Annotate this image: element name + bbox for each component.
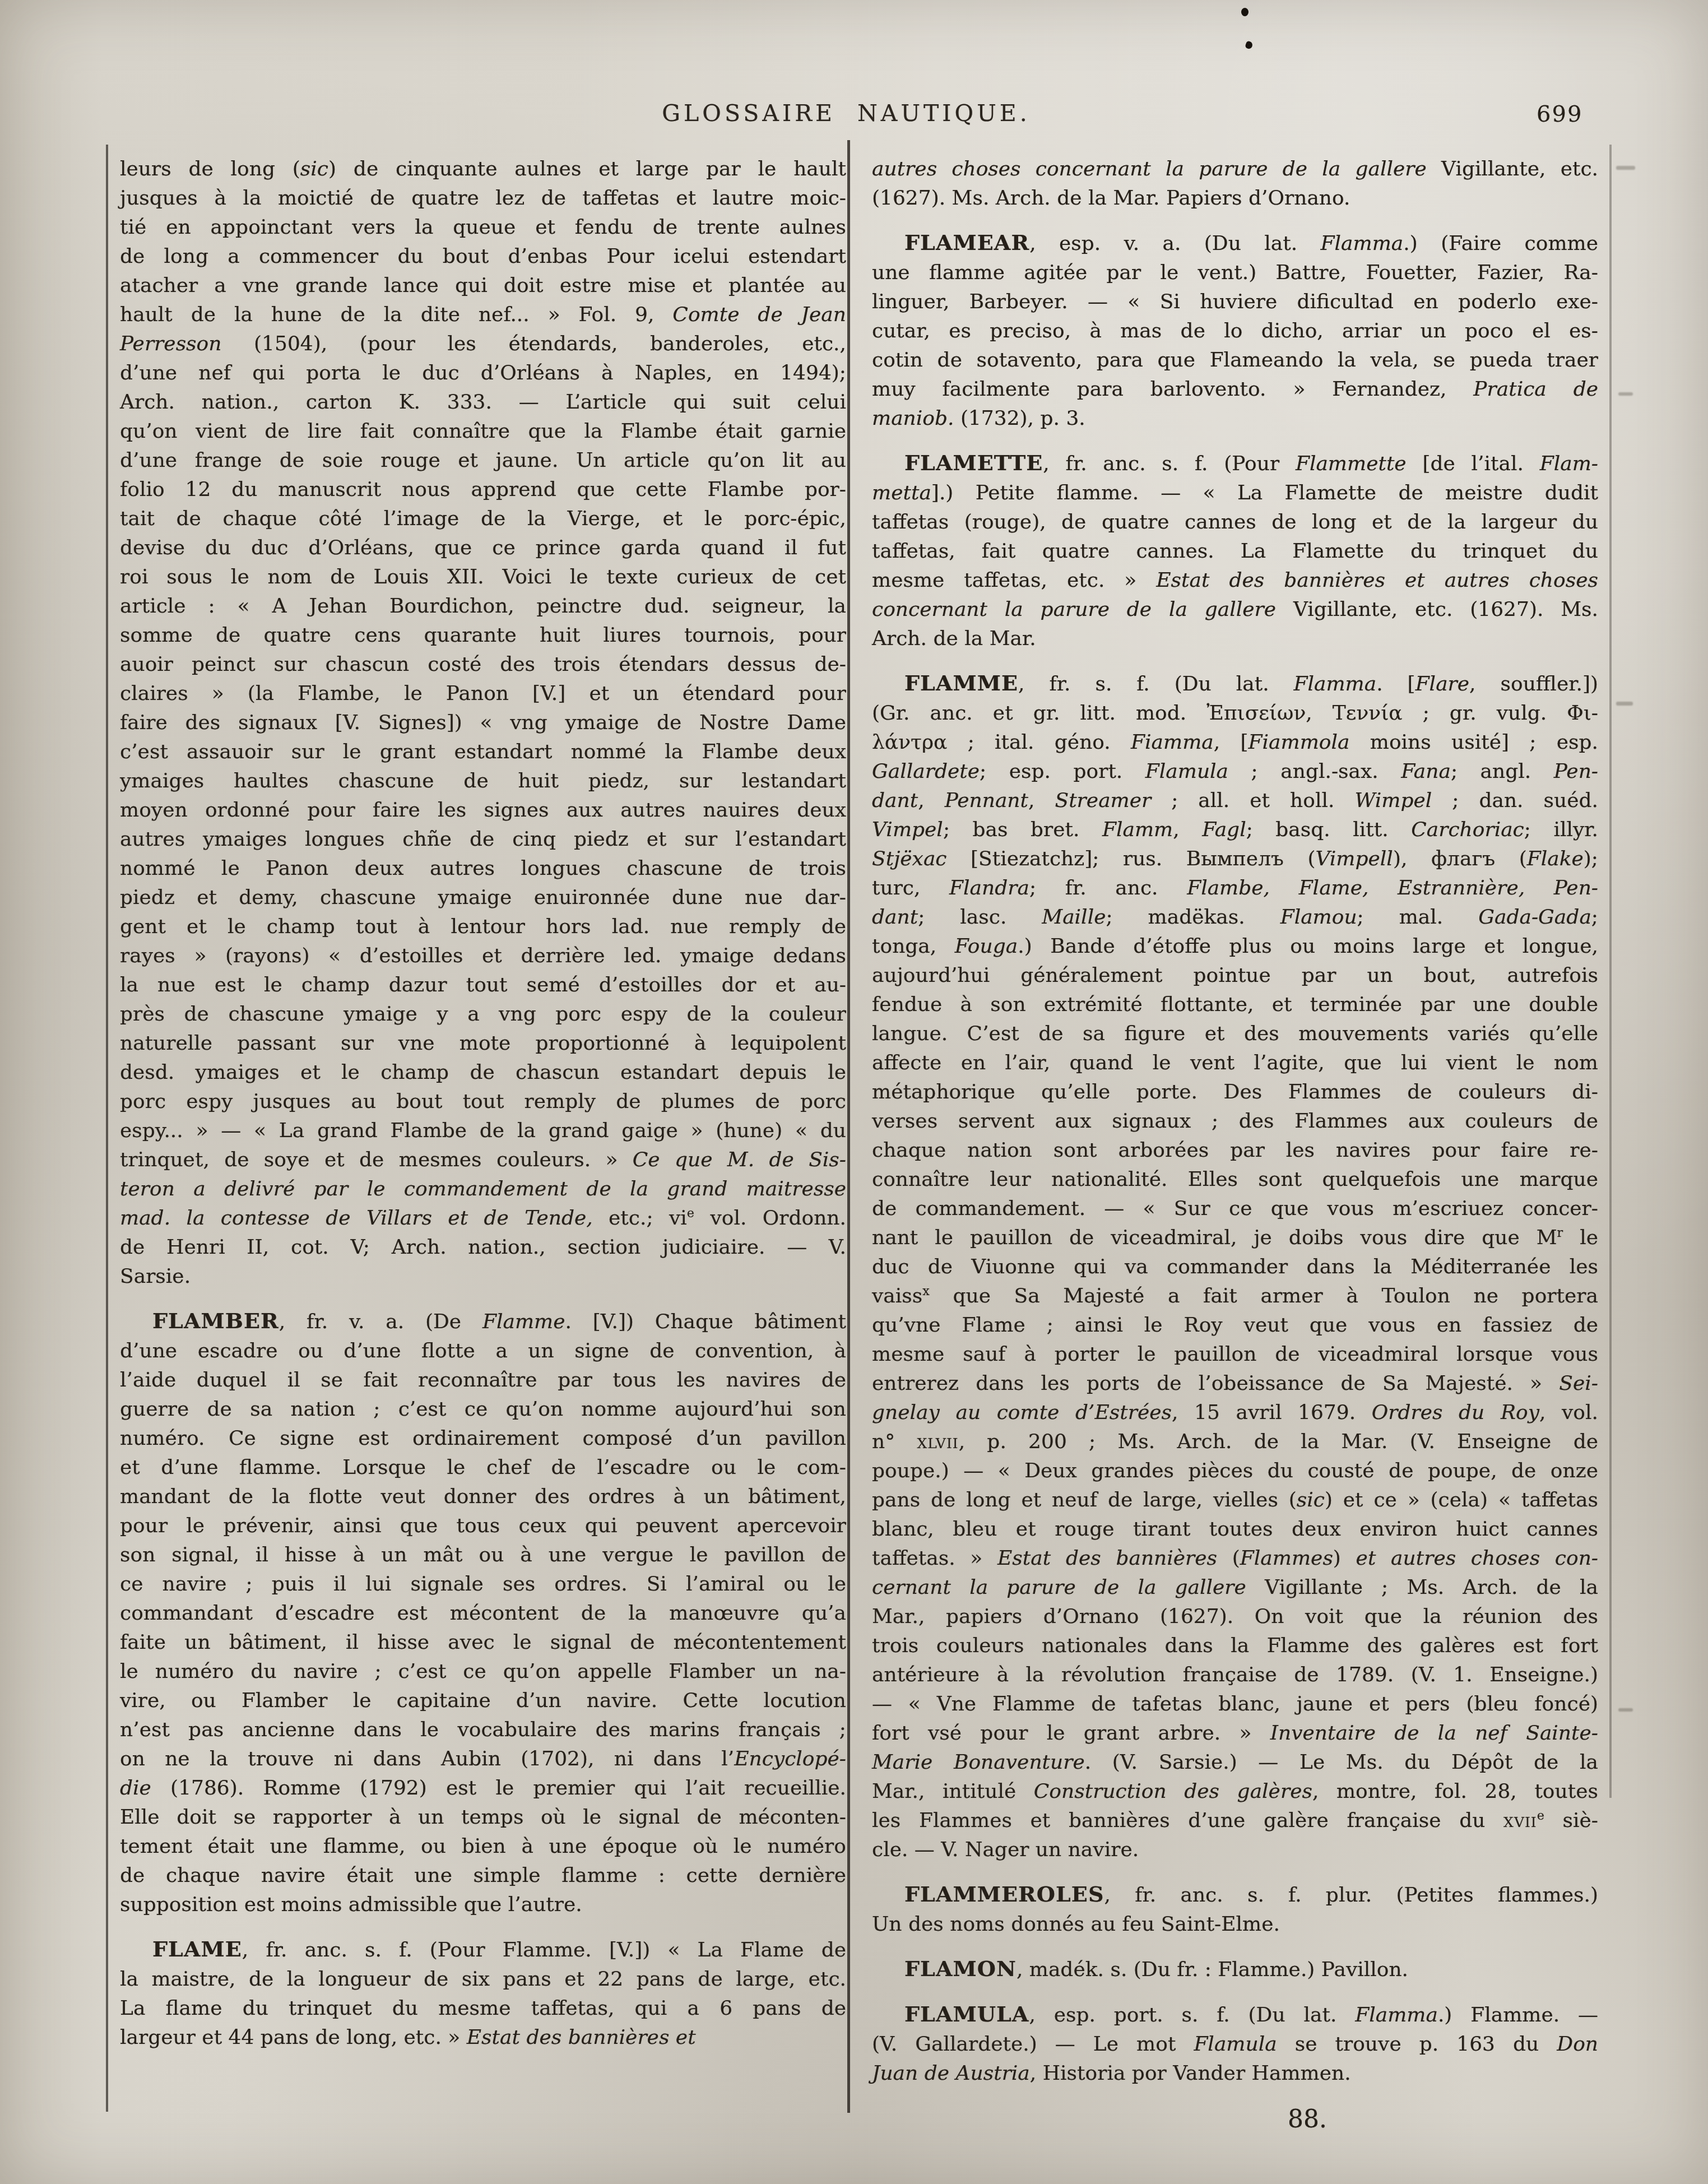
text-line: muy facilmente para barlovento. » Fernan… <box>872 375 1598 404</box>
text-line: n’est pas ancienne dans le vocabulaire d… <box>120 1715 846 1745</box>
text-line: dant; lasc. Maille; madëkas. Flamou; mal… <box>872 903 1598 932</box>
text-line: on ne la trouve ni dans Aubin (1702), ni… <box>120 1745 846 1774</box>
text-line: taffetas (rouge), de quatre cannes de lo… <box>872 508 1598 537</box>
paragraph: autres choses concernant la parure de la… <box>872 155 1598 213</box>
text-line: Marie Bonaventure. (V. Sarsie.) — Le Ms.… <box>872 1748 1598 1777</box>
column-divider-rule <box>847 140 850 2113</box>
text-line: tié en appoinctant vers la queue et fend… <box>120 213 846 242</box>
text-line: vire, ou Flamber le capitaine d’un navir… <box>120 1686 846 1715</box>
text-line: moyen ordonné pour faire les signes aux … <box>120 796 846 825</box>
text-line: fendue à son extrémité flottante, et ter… <box>872 990 1598 1019</box>
text-line: taffetas, fait quatre cannes. La Flamett… <box>872 537 1598 566</box>
text-line: faite un bâtiment, il hisse avec le sign… <box>120 1628 846 1657</box>
margin-smudge <box>1618 392 1633 396</box>
text-line: Mar., papiers d’Ornano (1627). On voit q… <box>872 1602 1598 1631</box>
text-line: atacher a vne grande lance qui doit estr… <box>120 271 846 300</box>
margin-smudge <box>1616 702 1633 706</box>
text-line: mad. la contesse de Villars et de Tende,… <box>120 1204 846 1233</box>
text-line: tait de chaque côté l’image de la Vierge… <box>120 504 846 534</box>
text-line: largeur et 44 pans de long, etc. » Estat… <box>120 2023 846 2052</box>
text-line: de chaque navire était une simple flamme… <box>120 1861 846 1890</box>
text-line: jusques à la moictié de quatre lez de ta… <box>120 184 846 213</box>
scanned-book-page: GLOSSAIRE NAUTIQUE. 699 leurs de long (s… <box>0 0 1708 2184</box>
text-line: somme de quatre cens quarante huit liure… <box>120 621 846 650</box>
text-line: affecte en l’air, quand le vent l’agite,… <box>872 1049 1598 1078</box>
text-line: desd. ymaiges et le champ de chascun est… <box>120 1058 846 1087</box>
text-line: Un des noms donnés au feu Saint-Elme. <box>872 1910 1598 1939</box>
paragraph: FLAME, fr. anc. s. f. (Pour Flamme. [V.]… <box>120 1935 846 2052</box>
text-line: antérieure à la révolution française de … <box>872 1661 1598 1690</box>
text-line: autres ymaiges longues chñe de cinq pied… <box>120 825 846 854</box>
text-line: die (1786). Romme (1792) est le premier … <box>120 1774 846 1803</box>
ink-spot <box>1241 8 1248 16</box>
text-line: vaissx que Sa Majesté a fait armer à Tou… <box>872 1282 1598 1311</box>
text-line: nommé le Panon deux autres longues chasc… <box>120 854 846 883</box>
text-line: folio 12 du manuscrit nous apprend que c… <box>120 475 846 504</box>
text-line: Arch. de la Mar. <box>872 624 1598 653</box>
text-line: mandant de la flotte veut donner des ord… <box>120 1482 846 1511</box>
text-line: faire des signaux [V. Signes]) « vng yma… <box>120 708 846 738</box>
text-line: une flamme agitée par le vent.) Battre, … <box>872 258 1598 288</box>
text-line: la maistre, de la longueur de six pans e… <box>120 1965 846 1994</box>
paragraph: FLAMEAR, esp. v. a. (Du lat. Flamma.) (F… <box>872 228 1598 433</box>
text-line: La flame du trinquet du mesme taffetas, … <box>120 1994 846 2023</box>
text-line: (1627). Ms. Arch. de la Mar. Papiers d’O… <box>872 184 1598 213</box>
left-margin-rule <box>106 145 108 2112</box>
text-line: langue. C’est de sa figure et des mouvem… <box>872 1019 1598 1049</box>
text-line: d’une escadre ou d’une flotte a un signe… <box>120 1337 846 1366</box>
text-line: supposition est moins admissible que l’a… <box>120 1890 846 1919</box>
text-line: son signal, il hisse à un mât ou à une v… <box>120 1541 846 1570</box>
ink-spot <box>1245 40 1254 49</box>
text-line: autres choses concernant la parure de la… <box>872 155 1598 184</box>
text-line: — « Vne Flamme de tafetas blanc, jaune e… <box>872 1690 1598 1719</box>
text-line: cutar, es preciso, à mas de lo dicho, ar… <box>872 317 1598 346</box>
text-line: dant, Pennant, Streamer ; all. et holl. … <box>872 786 1598 815</box>
text-line: blanc, bleu et rouge tirant toutes deux … <box>872 1515 1598 1544</box>
text-line: connaître leur nationalité. Elles sont q… <box>872 1165 1598 1194</box>
text-line: n° xlvii, p. 200 ; Ms. Arch. de la Mar. … <box>872 1427 1598 1457</box>
text-line: espy... » — « La grand Flambe de la gran… <box>120 1116 846 1146</box>
paragraph: FLAMME, fr. s. f. (Du lat. Flamma. [Flar… <box>872 669 1598 1865</box>
text-line: Elle doit se rapporter à un temps où le … <box>120 1803 846 1832</box>
margin-smudge <box>1618 1708 1633 1712</box>
text-line: teron a delivré par le commandement de l… <box>120 1175 846 1204</box>
text-line: tement était une flamme, ou bien à une é… <box>120 1832 846 1861</box>
text-line: gnelay au comte d’Estrées, 15 avril 1679… <box>872 1398 1598 1427</box>
text-line: Stjëxac [Stiezatchz]; rus. Вымпелъ (Vimp… <box>872 845 1598 874</box>
text-line: trinquet, de soye et de mesmes couleurs.… <box>120 1146 846 1175</box>
text-line: qu’on vient de lire fait connaître que l… <box>120 417 846 446</box>
text-line: Sarsie. <box>120 1262 846 1291</box>
text-line: Arch. nation., carton K. 333. — L’articl… <box>120 388 846 417</box>
text-line: (V. Gallardete.) — Le mot Flamula se tro… <box>872 2030 1598 2059</box>
right-text-column: autres choses concernant la parure de la… <box>872 155 1598 2088</box>
text-line: entrerez dans les ports de l’obeissance … <box>872 1369 1598 1398</box>
text-line: FLAMME, fr. s. f. (Du lat. Flamma. [Flar… <box>872 669 1598 699</box>
text-line: nant le pauillon de viceadmiral, je doib… <box>872 1223 1598 1253</box>
text-line: roi sous le nom de Louis XII. Voici le t… <box>120 563 846 592</box>
text-line: metta].) Petite flamme. — « La Flamette … <box>872 479 1598 508</box>
text-line: verses servent aux signaux ; des Flammes… <box>872 1107 1598 1136</box>
text-line: poupe.) — « Deux grandes pièces du coust… <box>872 1457 1598 1486</box>
page-number: 699 <box>1537 100 1582 129</box>
text-line: aujourd’hui généralement pointue par un … <box>872 961 1598 990</box>
text-line: cotin de sotavento, para que Flameando l… <box>872 346 1598 375</box>
text-line: la nue est le champ dazur tout semé d’es… <box>120 971 846 1000</box>
text-line: Vimpel; bas bret. Flamm, Fagl; basq. lit… <box>872 815 1598 845</box>
text-line: Gallardete; esp. port. Flamula ; angl.-s… <box>872 757 1598 786</box>
text-line: mesme taffetas, etc. » Estat des bannièr… <box>872 566 1598 595</box>
text-line: auoir peinct sur chascun costé des trois… <box>120 650 846 679</box>
text-line: turc, Flandra; fr. anc. Flambe, Flame, E… <box>872 874 1598 903</box>
text-line: d’une frange de soie rouge et jaune. Un … <box>120 446 846 475</box>
paragraph: FLAMMEROLES, fr. anc. s. f. plur. (Petit… <box>872 1880 1598 1939</box>
text-line: le numéro du navire ; c’est ce qu’on app… <box>120 1657 846 1686</box>
text-line: près de chascune ymaige y a vng porc esp… <box>120 1000 846 1029</box>
text-line: rayes » (rayons) « d’estoilles et derriè… <box>120 942 846 971</box>
text-line: concernant la parure de la gallere Vigil… <box>872 595 1598 624</box>
text-line: naturelle passant sur vne mote proportio… <box>120 1029 846 1058</box>
left-text-column: leurs de long (sic) de cinquante aulnes … <box>120 155 846 2052</box>
text-line: et d’une flamme. Lorsque le chef de l’es… <box>120 1453 846 1482</box>
text-line: cle. — V. Nager un navire. <box>872 1835 1598 1865</box>
text-line: cernant la parure de la gallere Vigillan… <box>872 1573 1598 1602</box>
text-line: hault de la hune de la dite nef... » Fol… <box>120 300 846 330</box>
text-line: Mar., intitulé Construction des galères,… <box>872 1777 1598 1806</box>
text-line: porc espy jusques au bout tout remply de… <box>120 1087 846 1116</box>
text-line: FLAMETTE, fr. anc. s. f. (Pour Flammette… <box>872 448 1598 479</box>
text-line: FLAMON, madék. s. (Du fr. : Flamme.) Pav… <box>872 1954 1598 1984</box>
text-line: FLAMULA, esp. port. s. f. (Du lat. Flamm… <box>872 2000 1598 2030</box>
text-line: trois couleurs nationales dans la Flamme… <box>872 1631 1598 1661</box>
text-line: métaphorique qu’elle porte. Des Flammes … <box>872 1078 1598 1107</box>
paragraph: FLAMULA, esp. port. s. f. (Du lat. Flamm… <box>872 2000 1598 2088</box>
text-line: ymaiges haultes chascune de huit piedz, … <box>120 767 846 796</box>
text-line: commandant d’escadre est mécontent de la… <box>120 1599 846 1628</box>
text-line: c’est assauoir sur le grant estandart no… <box>120 738 846 767</box>
paragraph: FLAMON, madék. s. (Du fr. : Flamme.) Pav… <box>872 1954 1598 1984</box>
text-line: piedz et demy, chascune ymaige enuironné… <box>120 883 846 912</box>
text-line: l’aide duquel il se fait reconnaître par… <box>120 1366 846 1395</box>
running-header-title: GLOSSAIRE NAUTIQUE. <box>34 99 1659 128</box>
text-line: guerre de sa nation ; c’est ce qu’on nom… <box>120 1395 846 1424</box>
text-line: ce navire ; puis il lui signale ses ordr… <box>120 1570 846 1599</box>
paragraph: FLAMETTE, fr. anc. s. f. (Pour Flammette… <box>872 448 1598 653</box>
text-line: Perresson (1504), (pour les étendards, b… <box>120 330 846 359</box>
text-line: (Gr. anc. et gr. litt. mod. Ἐπισείων, Τε… <box>872 699 1598 728</box>
text-line: numéro. Ce signe est ordinairement compo… <box>120 1424 846 1453</box>
text-line: de Henri II, cot. V; Arch. nation., sect… <box>120 1233 846 1262</box>
text-line: taffetas. » Estat des bannières (Flammes… <box>872 1544 1598 1573</box>
text-line: qu’vne Flame ; ainsi le Roy veut que vou… <box>872 1311 1598 1340</box>
text-line: leurs de long (sic) de cinquante aulnes … <box>120 155 846 184</box>
text-line: de commandement. — « Sur ce que vous m’e… <box>872 1194 1598 1223</box>
text-line: pour le prévenir, ainsi que tous ceux qu… <box>120 1511 846 1541</box>
paragraph: FLAMBER, fr. v. a. (De Flamme. [V.]) Cha… <box>120 1306 846 1919</box>
text-line: FLAMBER, fr. v. a. (De Flamme. [V.]) Cha… <box>120 1306 846 1337</box>
margin-smudge <box>1616 166 1635 170</box>
paragraph: leurs de long (sic) de cinquante aulnes … <box>120 155 846 1291</box>
text-line: d’une nef qui porta le duc d’Orléans à N… <box>120 359 846 388</box>
text-line: linguer, Barbeyer. — « Si huviere dificu… <box>872 288 1598 317</box>
text-line: chaque nation sont arborées par les navi… <box>872 1136 1598 1165</box>
text-line: FLAMEAR, esp. v. a. (Du lat. Flamma.) (F… <box>872 228 1598 258</box>
text-line: Juan de Austria, Historia por Vander Ham… <box>872 2059 1598 2088</box>
text-line: devise du duc d’Orléans, que ce prince g… <box>120 534 846 563</box>
text-line: claires » (la Flambe, le Panon [V.] et u… <box>120 679 846 708</box>
right-margin-rule <box>1609 145 1612 1798</box>
text-line: duc de Viuonne qui va commander dans la … <box>872 1253 1598 1282</box>
text-line: λάντρα ; ital. géno. Fiamma, [Fiammola m… <box>872 728 1598 757</box>
text-line: maniob. (1732), p. 3. <box>872 404 1598 433</box>
text-line: FLAMMEROLES, fr. anc. s. f. plur. (Petit… <box>872 1880 1598 1910</box>
signature-mark: 88. <box>1288 2105 1327 2134</box>
text-line: de long a commencer du bout d’enbas Pour… <box>120 242 846 271</box>
text-line: FLAME, fr. anc. s. f. (Pour Flamme. [V.]… <box>120 1935 846 1965</box>
text-line: mesme sauf à porter le pauillon de vicea… <box>872 1340 1598 1369</box>
text-line: article : « A Jehan Bourdichon, peinctre… <box>120 592 846 621</box>
text-line: tonga, Fouga.) Bande d’étoffe plus ou mo… <box>872 932 1598 961</box>
text-line: fort vsé pour le grant arbre. » Inventai… <box>872 1719 1598 1748</box>
text-line: les Flammes et bannières d’une galère fr… <box>872 1806 1598 1835</box>
text-line: gent et le champ tout à lentour hors lad… <box>120 912 846 942</box>
text-line: pans de long et neuf de large, vielles (… <box>872 1486 1598 1515</box>
